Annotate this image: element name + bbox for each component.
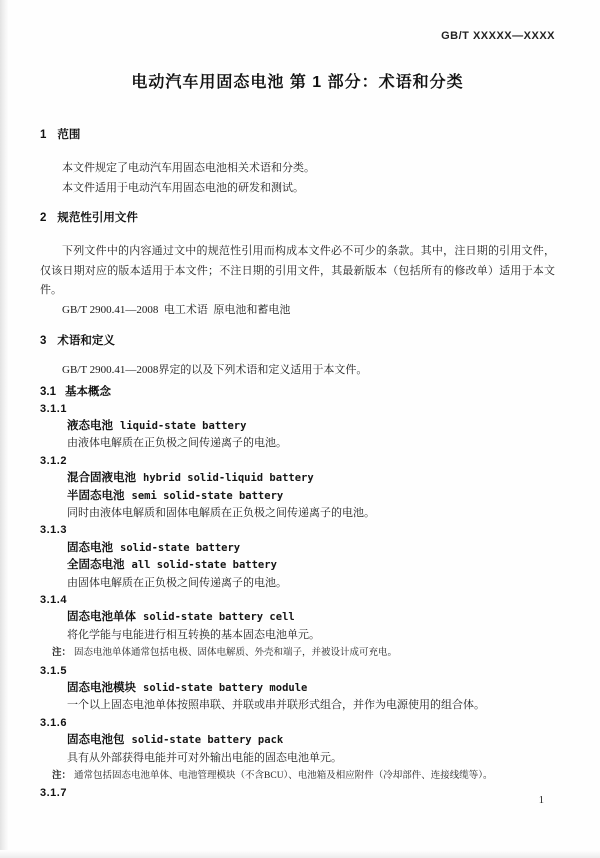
term-name-zh: 半固态电池 — [67, 490, 125, 502]
clause-number: 3.1 — [40, 386, 56, 398]
term-clause-number: 3.1.5 — [40, 663, 555, 680]
scope-paragraphs: 本文件规定了电动汽车用固态电池相关术语和分类。 本文件适用于电动汽车用固态电池的… — [40, 159, 555, 198]
term-name-zh: 固态电池模块 — [67, 682, 136, 694]
term-name: 半固态电池semi solid-state battery — [67, 488, 555, 505]
term-clause-number: 3.1.1 — [40, 401, 555, 418]
term-note: 注：通常包括固态电池单体、电池管理模块（不含BCU）、电池箱及相应附件（冷却部件… — [52, 767, 555, 785]
term-clause-number: 3.1.2 — [40, 453, 555, 470]
term-name: 液态电池liquid-state battery — [67, 418, 555, 435]
section-heading-refs: 2规范性引用文件 — [40, 211, 555, 226]
section-heading-scope: 1范围 — [40, 128, 555, 143]
term-name: 全固态电池all solid-state battery — [67, 557, 555, 574]
clause-number: 3 — [40, 335, 46, 347]
term-name-en: solid-state battery pack — [132, 734, 284, 746]
term-name-zh: 固态电池单体 — [67, 611, 136, 623]
term-note: 注：固态电池单体通常包括电极、固体电解质、外壳和端子，并被设计成可充电。 — [52, 644, 555, 662]
term-definition: 同时由液体电解质和固体电解质在正负极之间传递离子的电池。 — [67, 505, 555, 522]
term-name-en: semi solid-state battery — [132, 490, 284, 502]
paragraph: 下列文件中的内容通过文中的规范性引用而构成本文件必不可少的条款。其中，注日期的引… — [40, 242, 555, 301]
term-name: 固态电池包solid-state battery pack — [67, 732, 555, 749]
clause-number: 2 — [40, 212, 46, 224]
term-name: 固态电池模块solid-state battery module — [67, 680, 555, 697]
term-name-en: solid-state battery cell — [143, 611, 295, 623]
normative-reference: GB/T 2900.41—2008 电工术语 原电池和蓄电池 — [40, 301, 555, 321]
term-clause-number: 3.1.7 — [40, 785, 555, 802]
note-text: 通常包括固态电池单体、电池管理模块（不含BCU）、电池箱及相应附件（冷却部件、连… — [74, 771, 493, 781]
term-name: 固态电池单体solid-state battery cell — [67, 609, 555, 626]
term-entry-3-1-5: 3.1.5 固态电池模块solid-state battery module 一… — [40, 663, 555, 715]
clause-number: 1 — [40, 129, 46, 141]
term-name-en: liquid-state battery — [120, 420, 246, 432]
term-entry-3-1-1: 3.1.1 液态电池liquid-state battery 由液体电解质在正负… — [40, 401, 555, 453]
heading-label: 范围 — [57, 129, 80, 141]
subsection-heading-basic-concepts: 3.1基本概念 — [40, 383, 555, 401]
note-label: 注： — [52, 770, 71, 781]
heading-label: 基本概念 — [65, 386, 111, 398]
note-label: 注： — [52, 647, 71, 658]
term-name-zh: 全固态电池 — [67, 559, 125, 571]
term-name-zh: 固态电池 — [67, 542, 113, 554]
terms-intro-wrap: GB/T 2900.41—2008界定的以及下列术语和定义适用于本文件。 — [40, 361, 555, 381]
term-name-zh: 固态电池包 — [67, 734, 125, 746]
note-text: 固态电池单体通常包括电极、固体电解质、外壳和端子，并被设计成可充电。 — [74, 648, 397, 658]
term-definition: 将化学能与电能进行相互转换的基本固态电池单元。 — [67, 627, 555, 644]
section-heading-terms: 3术语和定义 — [40, 334, 555, 349]
term-definition: 具有从外部获得电能并可对外输出电能的固态电池单元。 — [67, 750, 555, 767]
refs-paragraphs: 下列文件中的内容通过文中的规范性引用而构成本文件必不可少的条款。其中，注日期的引… — [40, 242, 555, 320]
page-number: 1 — [539, 795, 544, 806]
doc-number: GB/T XXXXX—XXXX — [40, 30, 555, 42]
term-entry-3-1-6: 3.1.6 固态电池包solid-state battery pack 具有从外… — [40, 715, 555, 786]
paragraph: 本文件适用于电动汽车用固态电池的研发和测试。 — [40, 179, 555, 199]
terms-intro: GB/T 2900.41—2008界定的以及下列术语和定义适用于本文件。 — [40, 361, 555, 381]
term-name-en: solid-state battery module — [143, 682, 307, 694]
term-name-en: hybrid solid-liquid battery — [143, 472, 314, 484]
term-name-en: all solid-state battery — [132, 559, 277, 571]
term-definition: 由液体电解质在正负极之间传递离子的电池。 — [67, 435, 555, 452]
term-definition: 一个以上固态电池单体按照串联、并联或串并联形式组合，并作为电源使用的组合体。 — [67, 697, 555, 714]
term-name: 固态电池solid-state battery — [67, 540, 555, 557]
term-clause-number: 3.1.6 — [40, 715, 555, 732]
heading-label: 规范性引用文件 — [57, 212, 138, 224]
term-entry-3-1-4: 3.1.4 固态电池单体solid-state battery cell 将化学… — [40, 592, 555, 663]
term-name-zh: 混合固液电池 — [67, 472, 136, 484]
document-page: GB/T XXXXX—XXXX 电动汽车用固态电池 第 1 部分：术语和分类 1… — [0, 0, 600, 858]
term-entry-3-1-3: 3.1.3 固态电池solid-state battery 全固态电池all s… — [40, 522, 555, 592]
term-clause-number: 3.1.4 — [40, 592, 555, 609]
term-name-zh: 液态电池 — [67, 420, 113, 432]
term-entry-3-1-7: 3.1.7 — [40, 785, 555, 802]
paragraph: 本文件规定了电动汽车用固态电池相关术语和分类。 — [40, 159, 555, 179]
term-name-en: solid-state battery — [120, 542, 240, 554]
term-definition: 由固体电解质在正负极之间传递离子的电池。 — [67, 575, 555, 592]
term-name: 混合固液电池hybrid solid-liquid battery — [67, 470, 555, 487]
term-entry-3-1-2: 3.1.2 混合固液电池hybrid solid-liquid battery … — [40, 453, 555, 523]
term-clause-number: 3.1.3 — [40, 522, 555, 539]
terms-list: 3.1.1 液态电池liquid-state battery 由液体电解质在正负… — [40, 401, 555, 803]
document-title: 电动汽车用固态电池 第 1 部分：术语和分类 — [40, 72, 555, 94]
heading-label: 术语和定义 — [57, 335, 115, 347]
